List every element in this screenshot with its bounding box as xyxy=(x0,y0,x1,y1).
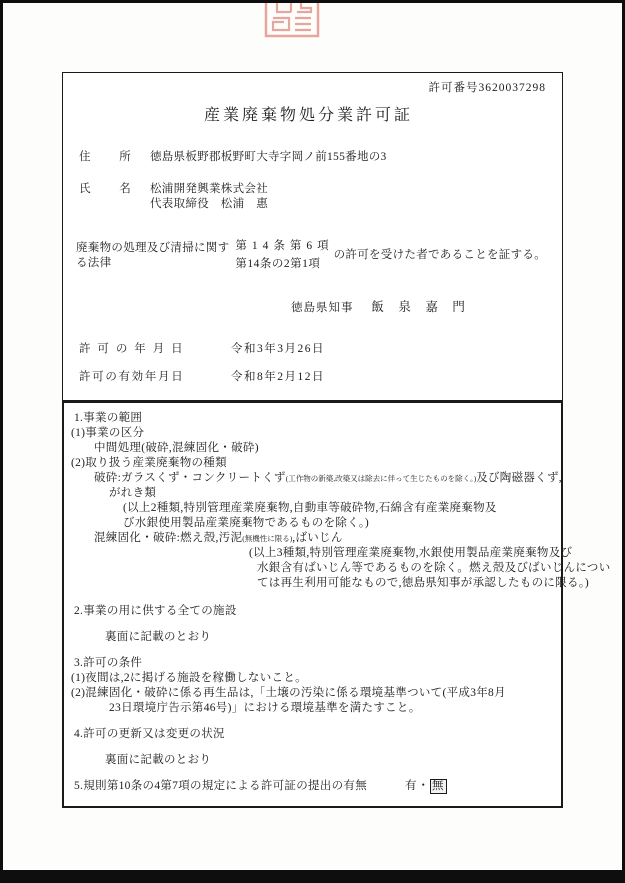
crush-waste-line2: がれき類 xyxy=(66,486,551,501)
permit-number-label: 許可番号 xyxy=(429,82,479,94)
grant-date-value: 令和3年3月26日 xyxy=(231,342,325,357)
governor-name: 飯 泉 嘉 門 xyxy=(371,300,466,314)
scope-sub1-label: (1)事業の区分 xyxy=(66,426,551,441)
expiry-date-row: 許可の有効年月日 令和8年2月12日 xyxy=(79,370,546,385)
knead-prefix: 混練固化・破砕:燃え殻,汚泥 xyxy=(94,532,242,544)
condition-item1: (1)夜間は,2に掲げる施設を稼働しないこと。 xyxy=(66,671,551,686)
submission-text: 5.規則第10条の4第7項の規定による許可証の提出の有無 xyxy=(74,779,367,794)
crush-suffix: 及び陶磁器くず, xyxy=(476,472,562,484)
permit-header-box: 許可番号3620037298 産業廃棄物処分業許可証 住所 徳島県板野郡板野町大… xyxy=(62,72,563,401)
facilities-value: 裏面に記載のとおり xyxy=(66,630,551,645)
representative-name: 代表取締役 松浦 惠 xyxy=(150,197,268,212)
renewal-value: 裏面に記載のとおり xyxy=(66,753,551,768)
renewal-heading: 4.許可の更新又は変更の状況 xyxy=(66,727,551,742)
permit-number-row: 許可番号3620037298 xyxy=(71,81,546,96)
facilities-heading: 2.事業の用に供する全ての施設 xyxy=(66,604,551,619)
submission-row: 5.規則第10条の4第7項の規定による許可証の提出の有無 有・無 xyxy=(66,779,551,794)
knead-exception-line1: (以上3種類,特別管理産業廃棄物,水銀使用製品産業廃棄物及び xyxy=(66,546,551,561)
clause-article-6: 第14条第6項 xyxy=(235,239,333,254)
crush-exception-line1: (以上2種類,特別管理産業廃棄物,自動車等破砕物,石綿含有産業廃棄物及 xyxy=(66,501,551,516)
clause-stack: 第14条第6項 第14条の2第1項 xyxy=(235,239,333,272)
governor-title: 徳島県知事 xyxy=(291,302,354,314)
permit-details-box: 1.事業の範囲 (1)事業の区分 中間処理(破砕,混練固化・破砕) (2)取り扱… xyxy=(62,401,563,808)
knead-inorganic-note: (無機性に限る) xyxy=(242,534,292,543)
company-name: 松浦開発興業株式会社 xyxy=(150,183,268,195)
submission-choice: 有・無 xyxy=(405,779,447,794)
crush-exception-line2: び水銀使用製品産業廃棄物であるものを除く。) xyxy=(66,516,551,531)
clause-article-14-2: 第14条の2第1項 xyxy=(235,257,333,272)
submission-yes: 有 xyxy=(405,780,418,792)
corner-registry-seal-icon xyxy=(264,0,320,38)
condition-item2-line2: 23日環境庁告示第46号)」における環境基準を満たすこと。 xyxy=(66,701,551,716)
submission-no-selected: 無 xyxy=(430,779,447,794)
scanned-permit-page: 許可番号3620037298 産業廃棄物処分業許可証 住所 徳島県板野郡板野町大… xyxy=(0,0,625,883)
crush-exclusion-note: (工作物の新築,改築又は除去に伴って生じたものを除く。) xyxy=(286,474,476,483)
permit-number-value: 3620037298 xyxy=(479,82,547,94)
name-value: 松浦開発興業株式会社 代表取締役 松浦 惠 xyxy=(150,182,268,212)
law-clause-row: 廃棄物の処理及び清掃に関する法律 第14条第6項 第14条の2第1項 の許可を受… xyxy=(76,239,546,272)
address-row: 住所 徳島県板野郡板野町大寺字岡ノ前155番地の3 xyxy=(79,150,546,165)
knead-exception-line2: 水銀含有ばいじん等であるものを除く。燃え殻及びばいじんについ xyxy=(66,561,551,576)
crush-waste-line: 破砕:ガラスくず・コンクリートくず(工作物の新築,改築又は除去に伴って生じたもの… xyxy=(66,471,551,486)
conditions-heading: 3.許可の条件 xyxy=(66,656,551,671)
governor-signature-row: 徳島県知事 飯 泉 嘉 門 xyxy=(291,300,546,316)
document-title: 産業廃棄物処分業許可証 xyxy=(71,108,546,123)
expiry-date-label: 許可の有効年月日 xyxy=(79,370,183,385)
certify-statement: の許可を受けた者であることを証する。 xyxy=(334,248,546,263)
address-value: 徳島県板野郡板野町大寺字岡ノ前155番地の3 xyxy=(150,150,387,165)
condition-item2-line1: (2)混練固化・破砕に係る再生品は,「土壌の汚染に係る環境基準ついて(平成3年8… xyxy=(66,686,551,701)
name-label: 氏名 xyxy=(79,182,131,212)
scope-heading: 1.事業の範囲 xyxy=(66,411,551,426)
grant-date-label: 許可の年月日 xyxy=(79,342,183,357)
knead-waste-line: 混練固化・破砕:燃え殻,汚泥(無機性に限る),ばいじん xyxy=(66,531,551,546)
expiry-date-value: 令和8年2月12日 xyxy=(231,370,325,385)
scope-sub1-value: 中間処理(破砕,混練固化・破砕) xyxy=(66,441,551,456)
crush-prefix: 破砕:ガラスくず・コンクリートくず xyxy=(94,472,286,484)
scope-sub2-label: (2)取り扱う産業廃棄物の種類 xyxy=(66,456,551,471)
name-row: 氏名 松浦開発興業株式会社 代表取締役 松浦 惠 xyxy=(79,182,546,212)
knead-exception-line3: ては再生利用可能なもので,徳島県知事が承認したものに限る。) xyxy=(66,576,551,591)
submission-separator: ・ xyxy=(418,780,431,792)
grant-date-row: 許可の年月日 令和3年3月26日 xyxy=(79,342,546,357)
knead-suffix: ,ばいじん xyxy=(292,532,342,544)
law-name: 廃棄物の処理及び清掃に関する法律 xyxy=(76,241,235,271)
address-label: 住所 xyxy=(79,150,131,165)
